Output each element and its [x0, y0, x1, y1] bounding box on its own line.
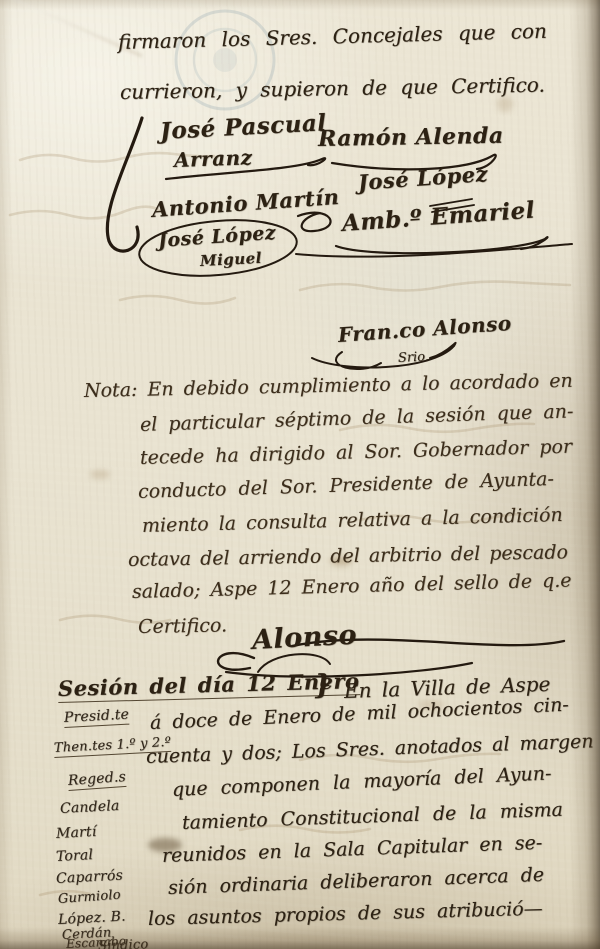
certification-line: currieron, y supieron de que Certifico. [120, 73, 545, 104]
signature-pascual: José Pascual [159, 109, 327, 145]
signature-pascual-surname: Arranz [174, 145, 253, 172]
signature-lopez-circled: José López [157, 222, 277, 252]
foxing-spot [497, 96, 513, 112]
note-line: Nota: En debido cumplimiento a lo acorda… [84, 370, 573, 402]
signature-lopez-circled-sub: Miguel [200, 249, 263, 270]
note-line: Certifico. [138, 614, 227, 638]
margin-attendee: Reged.s [67, 769, 126, 791]
session-line: cuenta y dos; Los Sres. anotados al marg… [146, 730, 594, 768]
signature-alonso-closing: Alonso [251, 620, 358, 656]
signature-secretary: Fran.co Alonso [337, 311, 512, 347]
signature-emariel: Amb.º Emariel [341, 197, 536, 237]
martin-rubric [298, 213, 331, 232]
note-line: tecede ha dirigido al Sor. Gobernador po… [140, 436, 573, 469]
page-edge-top [0, 0, 600, 10]
session-line: reunidos en la Sala Capitular en se- [162, 832, 543, 867]
session-line: los asuntos propios de sus atribució— [148, 898, 543, 930]
note-line: octava del arriendo del arbitrio del pes… [128, 541, 568, 571]
margin-attendee: Martí [56, 824, 97, 842]
margin-attendee: Caparrós [56, 868, 124, 887]
session-line: tamiento Constitucional de la misma [182, 799, 564, 834]
signature-alenda: Ramón Alenda [318, 123, 504, 152]
margin-attendee: Toral [56, 847, 94, 865]
alonso-left-loop [218, 653, 254, 670]
secretary-title: Srio. [398, 349, 430, 366]
certification-line: firmaron los Sres. Concejales que con [118, 19, 547, 54]
note-line: el particular séptimo de la sesión que a… [140, 400, 574, 436]
emariel-underline-swash [336, 237, 548, 253]
note-line: conducto del Sor. Presidente de Ayunta- [138, 468, 555, 503]
margin-attendee: Presid.te [64, 707, 130, 728]
secretary-rubric [312, 343, 456, 369]
margin-attendee: Candela [60, 798, 120, 817]
margin-attendee: López. B. [58, 908, 127, 928]
session-line: sión ordinaria deliberaron acerca de [168, 864, 545, 899]
foxing-spot [90, 470, 110, 479]
session-heading-brace: } [313, 669, 332, 701]
note-line: miento la consulta relativa a la condici… [142, 504, 563, 537]
margin-attendee: Gurmiolo [57, 888, 121, 907]
session-line: que componen la mayoría del Ayun- [172, 762, 552, 801]
page-edge-right [570, 0, 600, 949]
page-edge-left [0, 0, 12, 949]
page-edge-bottom [0, 927, 600, 949]
manuscript-page: firmaron los Sres. Concejales que con cu… [0, 0, 600, 949]
oval-tail-stroke [296, 244, 572, 257]
signature-martin: Antonio Martín [151, 184, 340, 222]
signature-lopez-right: José López [357, 161, 489, 195]
initial-j-flourish [107, 118, 142, 251]
note-line: salado; Aspe 12 Enero año del sello de q… [132, 569, 572, 603]
